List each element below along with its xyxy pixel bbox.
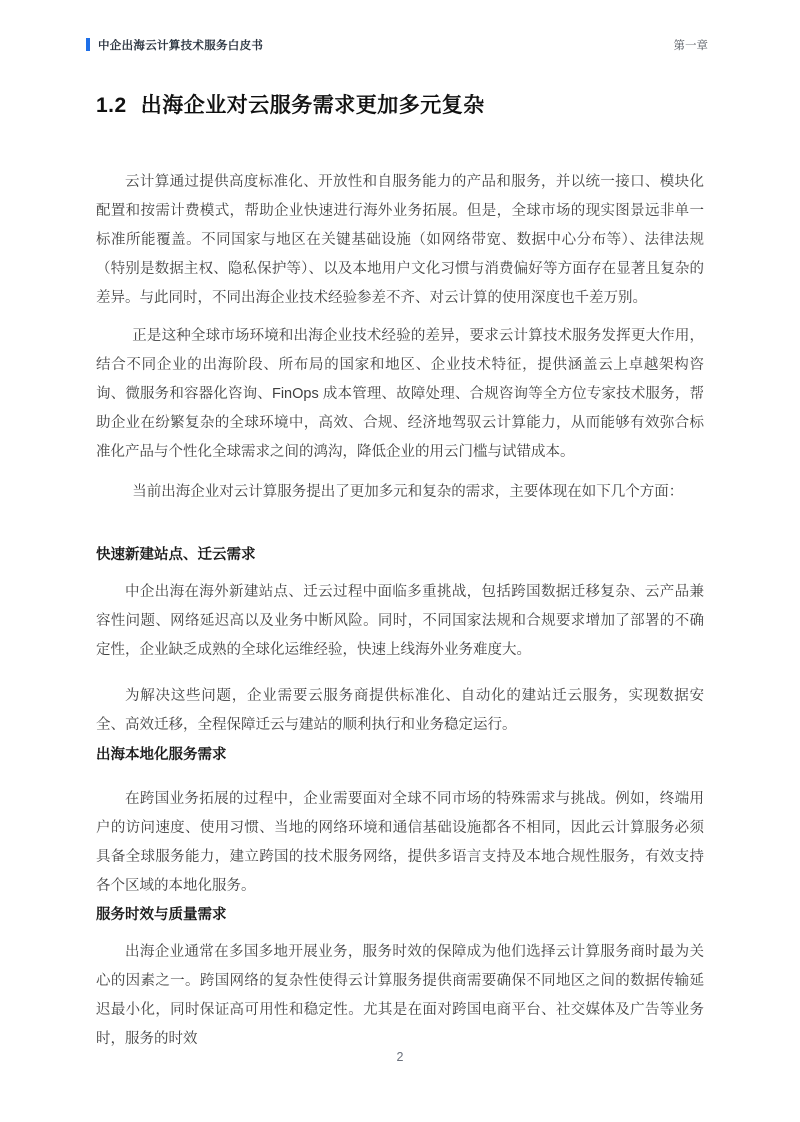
subheading-new-site-migration: 快速新建站点、迁云需求 — [96, 545, 704, 565]
accent-bar-icon — [86, 38, 90, 51]
page-number: 2 — [397, 1050, 404, 1064]
paragraph: 在跨国业务拓展的过程中，企业需要面对全球不同市场的特殊需求与挑战。例如，终端用户… — [96, 785, 704, 901]
paragraph: 出海企业通常在多国多地开展业务，服务时效的保障成为他们选择云计算服务商时最为关心… — [96, 938, 704, 1054]
paragraph: 为解决这些问题，企业需要云服务商提供标准化、自动化的建站迁云服务，实现数据安全、… — [96, 682, 704, 740]
paragraph: 云计算通过提供高度标准化、开放性和自服务能力的产品和服务，并以统一接口、模块化配… — [96, 168, 704, 313]
paragraph: 当前出海企业对云计算服务提出了更加多元和复杂的需求，主要体现在如下几个方面： — [96, 478, 704, 507]
content-column: 1.2出海企业对云服务需求更加多元复杂 云计算通过提供高度标准化、开放性和自服务… — [96, 0, 704, 1054]
paragraph: 正是这种全球市场环境和出海企业技术经验的差异，要求云计算技术服务发挥更大作用，结… — [96, 322, 704, 467]
subheading-localization: 出海本地化服务需求 — [96, 745, 704, 765]
section-number: 1.2 — [96, 94, 127, 117]
page-footer: 2 — [0, 1048, 800, 1066]
paragraph: 中企出海在海外新建站点、迁云过程中面临多重挑战，包括跨国数据迁移复杂、云产品兼容… — [96, 578, 704, 665]
subheading-service-quality: 服务时效与质量需求 — [96, 905, 704, 925]
section-title-text: 出海企业对云服务需求更加多元复杂 — [141, 94, 485, 117]
document-page: 中企出海云计算技术服务白皮书 第一章 1.2出海企业对云服务需求更加多元复杂 云… — [0, 0, 800, 1122]
section-title: 1.2出海企业对云服务需求更加多元复杂 — [96, 93, 704, 119]
